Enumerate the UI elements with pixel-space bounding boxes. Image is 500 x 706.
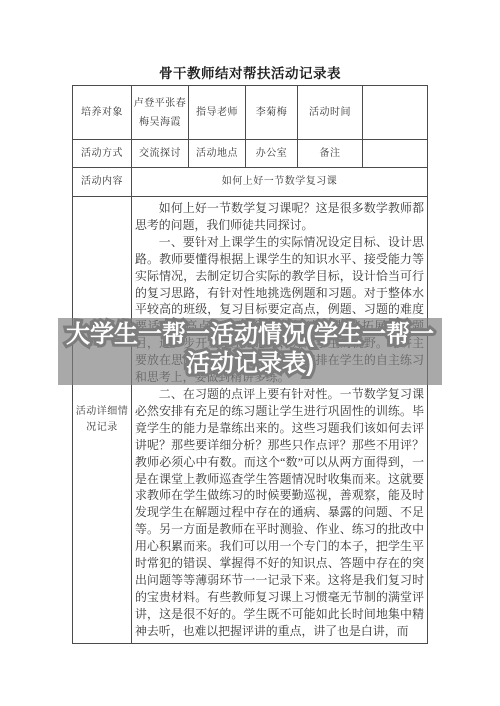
document-title: 骨干教师结对帮扶活动记录表: [0, 62, 500, 82]
activity-time-label: 活动时间: [298, 86, 363, 140]
watermark-text: 大学生一帮一活动情况(学生一帮一活动记录表): [62, 320, 438, 378]
remark-value: [363, 140, 428, 168]
activity-place-label: 活动地点: [189, 140, 246, 168]
remark-label: 备注: [298, 140, 363, 168]
activity-method-value: 交流探讨: [132, 140, 189, 168]
activity-time-value: [363, 86, 428, 140]
detail-paragraph-3: 二、在习题的点评上要有针对性。一节数学复习课必然安排有充足的练习题让学生进行巩固…: [135, 386, 424, 640]
table-row: 活动方式 交流探讨 活动地点 办公室 备注: [73, 140, 428, 168]
activity-place-value: 办公室: [246, 140, 298, 168]
activity-method-label: 活动方式: [73, 140, 132, 168]
table-row: 活动内容 如何上好一节数学复习课: [73, 168, 428, 197]
detail-record-text: 如何上好一节数学复习课呢？这是很多数学教师都思考的问题，我们师徒共同探讨。 一、…: [132, 197, 428, 644]
table-row: 活动详细情况记录 如何上好一节数学复习课呢？这是很多数学教师都思考的问题，我们师…: [73, 197, 428, 644]
activity-content-value: 如何上好一节数学复习课: [132, 168, 428, 197]
trainee-label: 培养对象: [73, 86, 132, 140]
detail-record-label: 活动详细情况记录: [73, 197, 132, 644]
table-row: 培养对象 卢登平张春梅吴海霞 指导老师 李菊梅 活动时间: [73, 86, 428, 140]
detail-paragraph-1: 如何上好一节数学复习课呢？这是很多数学教师都思考的问题，我们师徒共同探讨。: [135, 200, 424, 234]
trainee-value: 卢登平张春梅吴海霞: [132, 86, 189, 140]
document-page: 骨干教师结对帮扶活动记录表 培养对象 卢登平张春梅吴海霞 指导老师 李菊梅 活动…: [0, 0, 500, 706]
mentor-value: 李菊梅: [246, 86, 298, 140]
activity-content-label: 活动内容: [73, 168, 132, 197]
mentor-label: 指导老师: [189, 86, 246, 140]
